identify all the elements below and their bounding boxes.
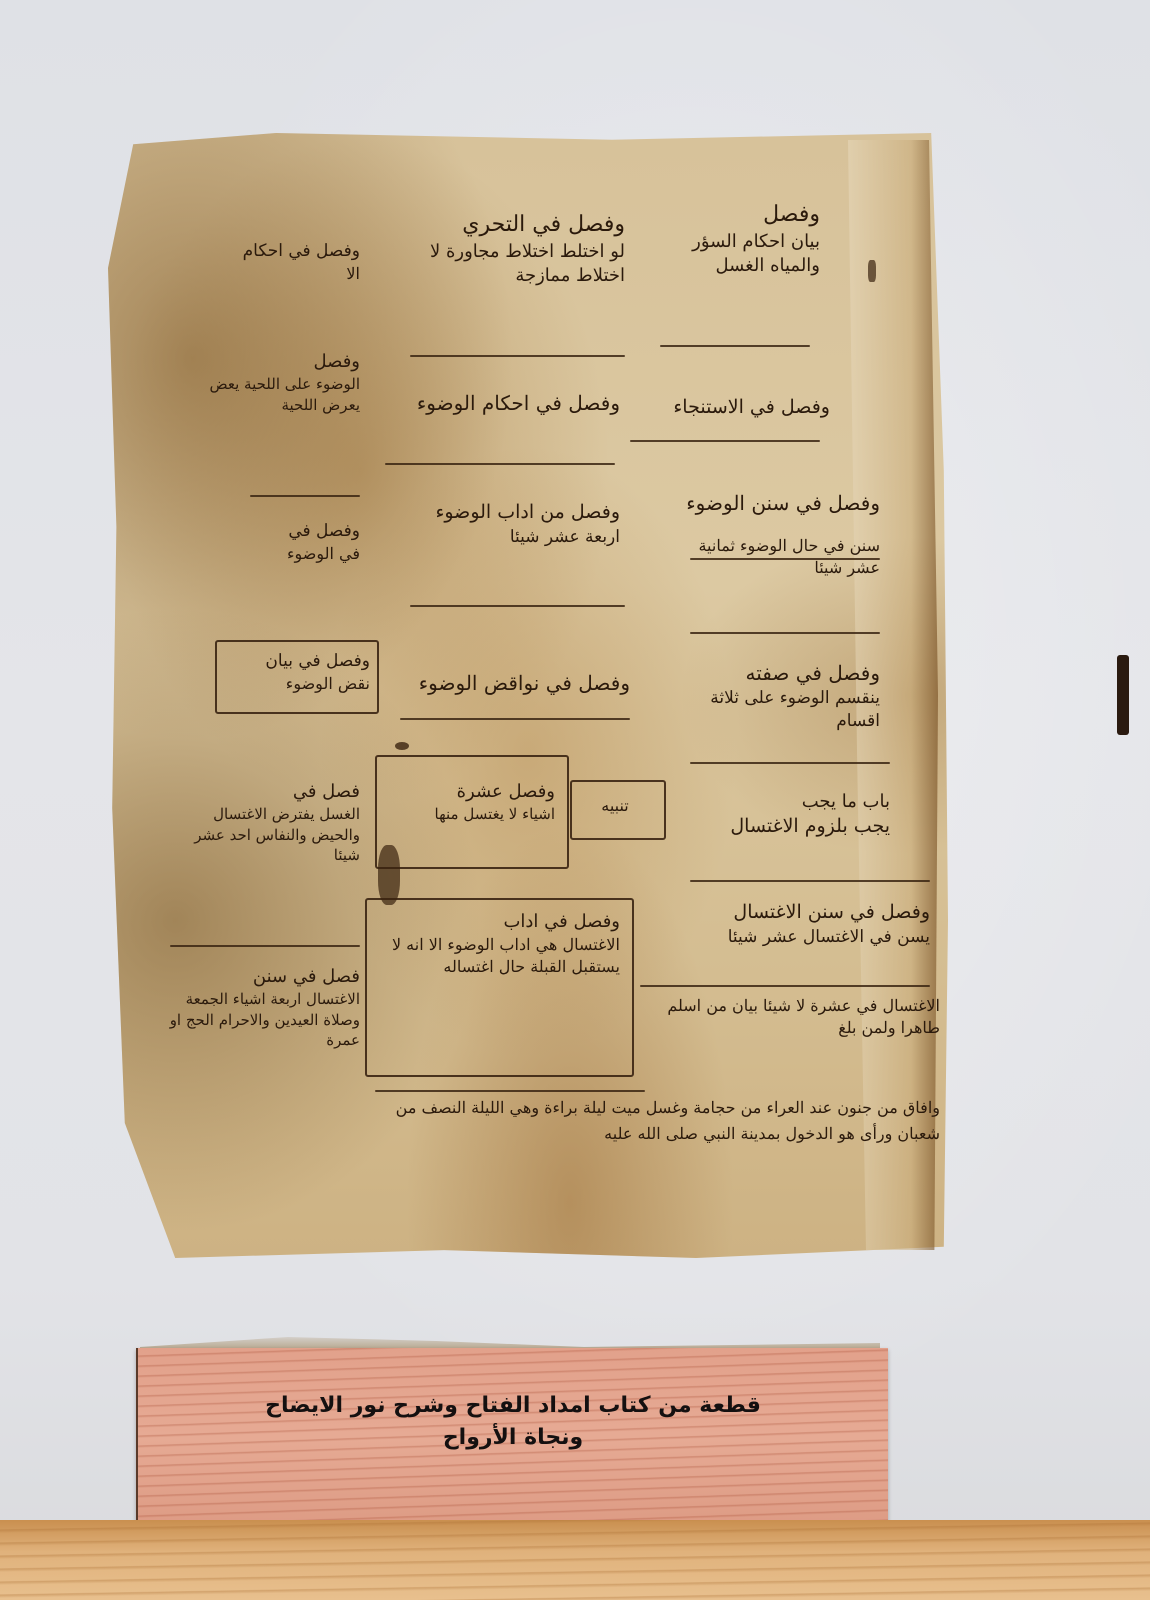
manuscript-middle-column: وفصل في التحري لو اختلط اختلاط مجاورة لا… — [385, 210, 625, 288]
manuscript-right-column: الاغتسال في عشرة لا شيئا بيان من اسلم طا… — [640, 995, 940, 1038]
section-heading: وفصل في الاستنجاء — [630, 395, 830, 421]
manuscript-right-column: وفصل في سنن الاغتسال يسن في الاغتسال عشر… — [640, 900, 930, 949]
section-text: بيان احكام السؤر والمياه الغسل — [640, 230, 820, 279]
divider-rule — [385, 463, 615, 465]
section-text: الوضوء على اللحية يعض يعرض اللحية — [180, 374, 360, 415]
section-text: يجب بلزوم الاغتسال — [690, 814, 890, 840]
manuscript-right-column: وفصل في سنن الوضوء سنن في حال الوضوء ثما… — [670, 490, 880, 578]
divider-rule — [690, 762, 890, 764]
section-text: الاغتسال هي اداب الوضوء الا انه لا يستقب… — [380, 934, 620, 977]
section-text: نقض الوضوء — [225, 673, 370, 695]
manuscript-middle-column: وفصل في نواقض الوضوء — [400, 670, 630, 697]
divider-rule — [630, 440, 820, 442]
divider-rule — [690, 880, 930, 882]
section-heading: وفصل من اداب الوضوء — [410, 500, 620, 526]
ink-stain — [378, 845, 400, 905]
manuscript-bottom-paragraph: وافاق من جنون عند العراء من حجامة وغسل م… — [380, 1095, 940, 1146]
manuscript-right-column: باب ما يجب يجب بلزوم الاغتسال — [690, 790, 890, 840]
manuscript-middle-column: وفصل في احكام الوضوء — [390, 390, 620, 417]
section-heading: وفصل في صفته — [680, 660, 880, 687]
section-heading: وفصل في نواقض الوضوء — [400, 670, 630, 697]
manuscript-middle-column: وفصل في اداب الاغتسال هي اداب الوضوء الا… — [380, 910, 620, 977]
manuscript-middle-column: وفصل عشرة اشياء لا يغتسل منها — [385, 780, 555, 825]
section-heading: وفصل في اداب — [380, 910, 620, 934]
section-heading: وفصل في سنن الوضوء — [670, 490, 880, 517]
divider-rule — [410, 605, 625, 607]
caption-plaque: قطعة من كتاب امداد الفتاح وشرح نور الايض… — [136, 1348, 888, 1528]
section-heading: وفصل — [640, 200, 820, 230]
divider-rule — [660, 345, 810, 347]
section-heading: فصل في — [170, 780, 360, 804]
manuscript-left-column: وفصل في بيان نقض الوضوء — [225, 650, 370, 695]
manuscript-left-column: وفصل في في الوضوء — [200, 520, 360, 565]
divider-rule — [690, 632, 880, 634]
section-text: الاغتسال في عشرة لا شيئا بيان من اسلم طا… — [640, 995, 940, 1038]
caption-text: قطعة من كتاب امداد الفتاح وشرح نور الايض… — [138, 1390, 888, 1454]
section-text: يسن في الاغتسال عشر شيئا — [640, 926, 930, 949]
wooden-shelf — [0, 1520, 1150, 1600]
section-text: اشياء لا يغتسل منها — [385, 804, 555, 824]
manuscript-middle-column: وفصل من اداب الوضوء اربعة عشر شيئا — [410, 500, 620, 549]
section-heading: وفصل — [180, 350, 360, 374]
manuscript-left-column: وفصل في احكام الا — [200, 240, 360, 285]
mounting-clip — [1117, 655, 1129, 735]
manuscript-right-column: وفصل بيان احكام السؤر والمياه الغسل — [640, 200, 820, 278]
manuscript-left-column: فصل في سنن الاغتسال اربعة اشياء الجمعة و… — [165, 965, 360, 1050]
section-heading: وفصل في سنن الاغتسال — [640, 900, 930, 926]
section-heading: وفصل في احكام الوضوء — [390, 390, 620, 417]
divider-rule — [170, 945, 360, 947]
manuscript-right-column: وفصل في صفته ينقسم الوضوء على ثلاثة اقسا… — [680, 660, 880, 733]
section-text: الغسل يفترض الاغتسال والحيض والنفاس احد … — [170, 804, 360, 865]
caption-line-1: قطعة من كتاب امداد الفتاح وشرح نور الايض… — [138, 1390, 888, 1422]
section-text: اربعة عشر شيئا — [410, 526, 620, 549]
section-heading: وفصل في بيان — [225, 650, 370, 673]
section-heading: وفصل عشرة — [385, 780, 555, 804]
section-heading: وفصل في — [200, 520, 360, 543]
divider-rule — [640, 985, 930, 987]
manuscript-right-column: وفصل في الاستنجاء — [630, 395, 830, 421]
section-heading: فصل في سنن — [165, 965, 360, 989]
section-text: لو اختلط اختلاط مجاورة لا اختلاط ممازجة — [385, 240, 625, 289]
divider-rule — [250, 495, 360, 497]
section-text: سنن في حال الوضوء ثمانية عشر شيئا — [670, 535, 880, 578]
divider-rule — [400, 718, 630, 720]
section-text: في الوضوء — [200, 543, 360, 565]
divider-rule — [690, 558, 880, 560]
section-heading: وفصل في التحري — [385, 210, 625, 240]
section-heading: وفصل في احكام — [200, 240, 360, 263]
manuscript-left-column: فصل في الغسل يفترض الاغتسال والحيض والنف… — [170, 780, 360, 865]
section-text: الا — [200, 263, 360, 285]
manuscript-left-column: وفصل الوضوء على اللحية يعض يعرض اللحية — [180, 350, 360, 415]
divider-rule — [375, 1090, 645, 1092]
ink-stain — [395, 742, 409, 750]
section-heading: باب ما يجب — [690, 790, 890, 814]
section-text: الاغتسال اربعة اشياء الجمعة وصلاة العيدي… — [165, 989, 360, 1050]
caption-line-2: ونجاة الأرواح — [138, 1422, 888, 1454]
divider-rule — [410, 355, 625, 357]
ink-spot — [868, 260, 876, 282]
section-text: ينقسم الوضوء على ثلاثة اقسام — [680, 687, 880, 733]
note-label: تنبيه — [575, 795, 655, 817]
